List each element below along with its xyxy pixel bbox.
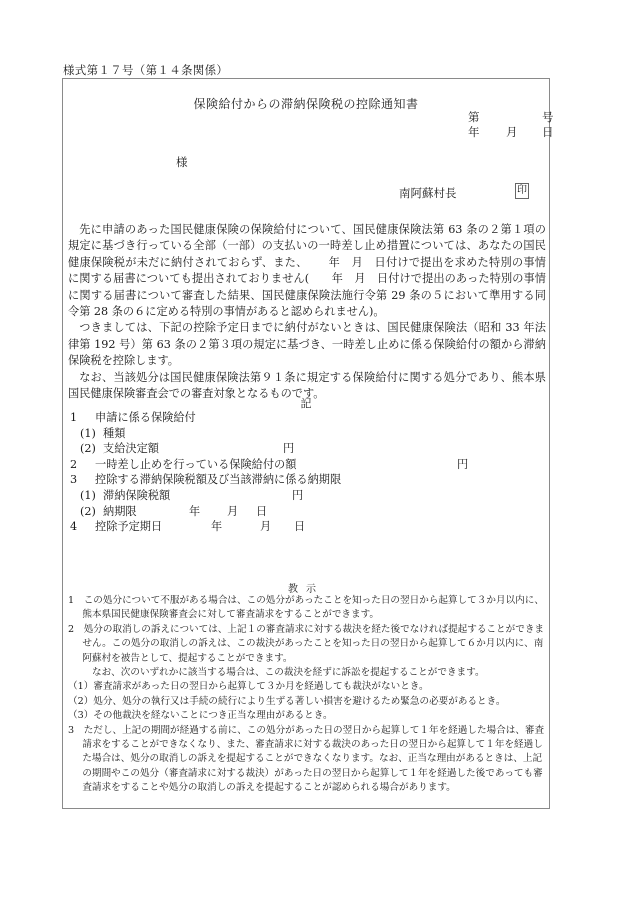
item-row: 1 申請に係る保険給付 <box>68 410 546 426</box>
date-month: 月 <box>506 124 518 140</box>
item-label: 種類 <box>103 426 125 442</box>
instruction-note: なお、次のいずれかに該当する場合は、この裁決を経ずに訴訟を提起することができます… <box>68 666 548 680</box>
date-day: 日 <box>256 504 267 520</box>
item-number: 1 <box>70 410 77 426</box>
item-number: (2) <box>80 504 96 520</box>
item-row: (2) 支給決定額 円 <box>68 441 546 457</box>
item-row: (1) 滞納保険税額 円 <box>68 488 546 504</box>
ki-heading: 記 <box>63 395 549 411</box>
item-row: 3 控除する滞納保険税額及び当該滞納に係る納期限 <box>68 472 546 488</box>
instruction-item: 2 処分の取消しの訴えについては、上記１の審査請求に対する裁決を経た後でなければ… <box>68 623 548 666</box>
instruction-item: 1 この処分について不服がある場合は、この処分があったことを知った日の翌日から起… <box>68 594 548 623</box>
instruction-item: 3 ただし、上記の期間が経過する前に、この処分があった日の翌日から起算して１年を… <box>68 724 548 796</box>
instruction-section: 1 この処分について不服がある場合は、この処分があったことを知った日の翌日から起… <box>68 594 548 796</box>
date-year: 年 <box>468 124 480 140</box>
sender-name: 南阿蘇村長 <box>399 185 457 201</box>
instruction-subitem: （1）審査請求があった日の翌日から起算して３か月を経過しても裁決がないとき。 <box>68 680 548 694</box>
item-number: (1) <box>80 488 96 504</box>
item-label: 一時差し止めを行っている保険給付の額 <box>95 457 296 473</box>
notice-body: 先に申請のあった国民健康保険の保険給付について、国民健康保険法第 63 条の２第… <box>68 222 546 402</box>
instruction-subitem: （2）処分、処分の執行又は手続の続行により生ずる著しい損害を避けるため緊急の必要… <box>68 695 548 709</box>
date-year: 年 <box>189 504 200 520</box>
item-number: 2 <box>70 457 77 473</box>
item-label: 控除する滞納保険税額及び当該滞納に係る納期限 <box>95 472 341 488</box>
item-row: 4 控除予定期日 年 月 日 <box>68 519 546 535</box>
item-row: (1) 種類 <box>68 426 546 442</box>
date-day: 日 <box>542 124 554 140</box>
item-label: 納期限 <box>103 504 137 520</box>
item-label: 滞納保険税額 <box>103 488 170 504</box>
body-paragraph: つきましては、下記の控除予定日までに納付がないときは、国民健康保険法（昭和 33… <box>68 320 546 369</box>
item-row: (2) 納期限 年 月 日 <box>68 504 546 520</box>
item-list: 1 申請に係る保険給付 (1) 種類 (2) 支給決定額 円 2 一時差し止めを… <box>68 410 546 535</box>
addressee: 様 <box>176 154 188 170</box>
date-day: 日 <box>294 519 305 535</box>
date-month: 月 <box>227 504 238 520</box>
item-number: (1) <box>80 426 96 442</box>
notice-frame: 保険給付からの滞納保険税の控除通知書 第 号 年 月 日 様 南阿蘇村長 印 先… <box>62 78 550 809</box>
item-label: 控除予定期日 <box>95 519 162 535</box>
item-number: (2) <box>80 441 96 457</box>
number-suffix: 号 <box>542 109 554 125</box>
date-year: 年 <box>211 519 222 535</box>
yen-unit: 円 <box>283 441 294 457</box>
number-prefix: 第 <box>468 109 480 125</box>
body-paragraph: 先に申請のあった国民健康保険の保険給付について、国民健康保険法第 63 条の２第… <box>68 222 546 320</box>
form-label: 様式第１７号（第１４条関係） <box>63 62 228 78</box>
item-number: 4 <box>70 519 77 535</box>
item-number: 3 <box>70 472 77 488</box>
yen-unit: 円 <box>292 488 303 504</box>
item-label: 支給決定額 <box>103 441 159 457</box>
date-month: 月 <box>260 519 271 535</box>
instruction-subitem: （3）その他裁決を経ないことにつき正当な理由があるとき。 <box>68 709 548 723</box>
item-label: 申請に係る保険給付 <box>95 410 196 426</box>
yen-unit: 円 <box>457 457 468 473</box>
seal-mark: 印 <box>515 183 529 199</box>
item-row: 2 一時差し止めを行っている保険給付の額 円 <box>68 457 546 473</box>
instruction-heading: 教示 <box>63 580 549 595</box>
